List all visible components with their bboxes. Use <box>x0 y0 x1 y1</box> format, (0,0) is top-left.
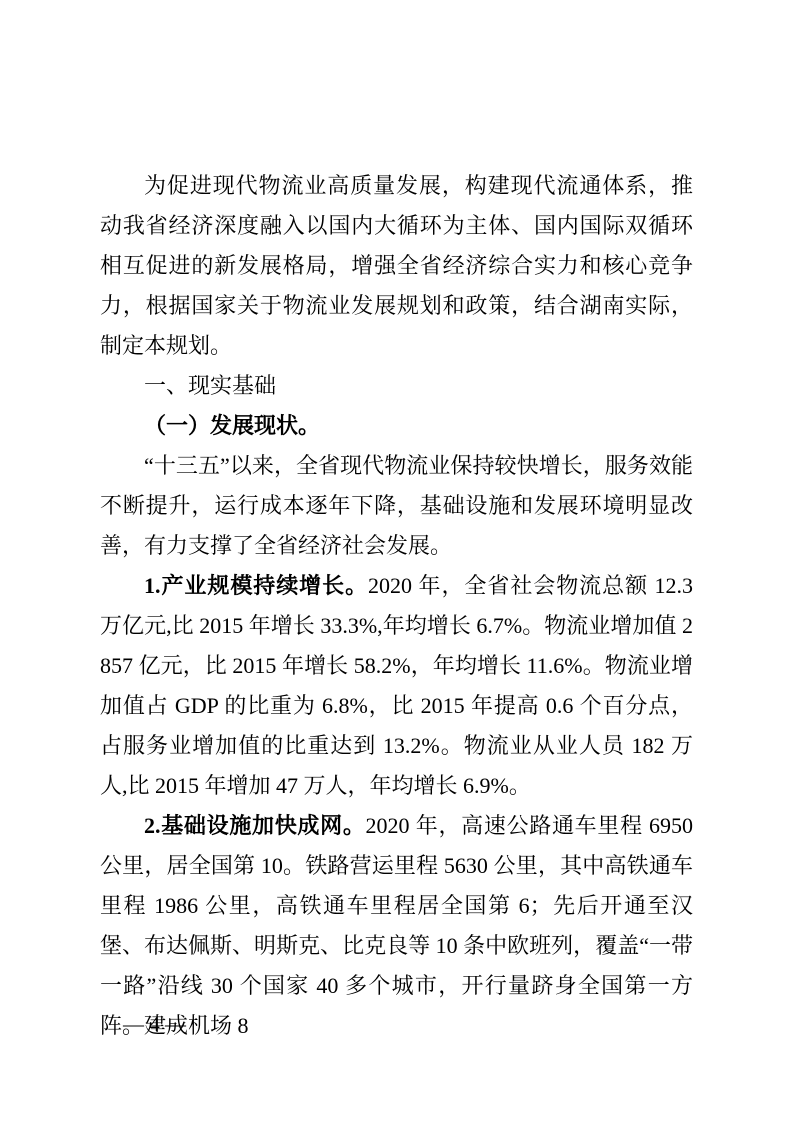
subsection-heading-text: （一）发展现状。 <box>144 413 320 438</box>
development-status-text: “十三五”以来，全省现代物流业保持较快增长，服务效能不断提升，运行成本逐年下降，… <box>100 453 693 558</box>
page-number-text: — 4 — <box>123 1012 186 1036</box>
page-number: — 4 — <box>123 1012 186 1036</box>
intro-paragraph-text: 为促进现代物流业高质量发展，构建现代流通体系，推动我省经济深度融入以国内大循环为… <box>100 173 693 358</box>
section-heading: 一、现实基础 <box>100 366 693 406</box>
industry-scale-body-text: 2020 年，全省社会物流总额 12.3 万亿元,比 2015 年增长 33.3… <box>100 573 693 798</box>
infrastructure-runin-heading: 2.基础设施加快成网。 <box>144 813 366 838</box>
paragraph-industry-scale: 1.产业规模持续增长。2020 年，全省社会物流总额 12.3 万亿元,比 20… <box>100 566 693 806</box>
subsection-heading: （一）发展现状。 <box>100 406 693 446</box>
paragraph-development-status: “十三五”以来，全省现代物流业保持较快增长，服务效能不断提升，运行成本逐年下降，… <box>100 446 693 566</box>
paragraph-infrastructure: 2.基础设施加快成网。2020 年，高速公路通车里程 6950 公里，居全国第 … <box>100 806 693 1046</box>
document-page: 为促进现代物流业高质量发展，构建现代流通体系，推动我省经济深度融入以国内大循环为… <box>0 0 793 1122</box>
industry-scale-runin-heading: 1.产业规模持续增长。 <box>144 573 368 598</box>
section-heading-text: 一、现实基础 <box>144 373 276 398</box>
page-content: 为促进现代物流业高质量发展，构建现代流通体系，推动我省经济深度融入以国内大循环为… <box>100 166 693 1046</box>
infrastructure-body-text: 2020 年，高速公路通车里程 6950 公里，居全国第 10。铁路营运里程 5… <box>100 813 693 1038</box>
intro-paragraph: 为促进现代物流业高质量发展，构建现代流通体系，推动我省经济深度融入以国内大循环为… <box>100 166 693 366</box>
